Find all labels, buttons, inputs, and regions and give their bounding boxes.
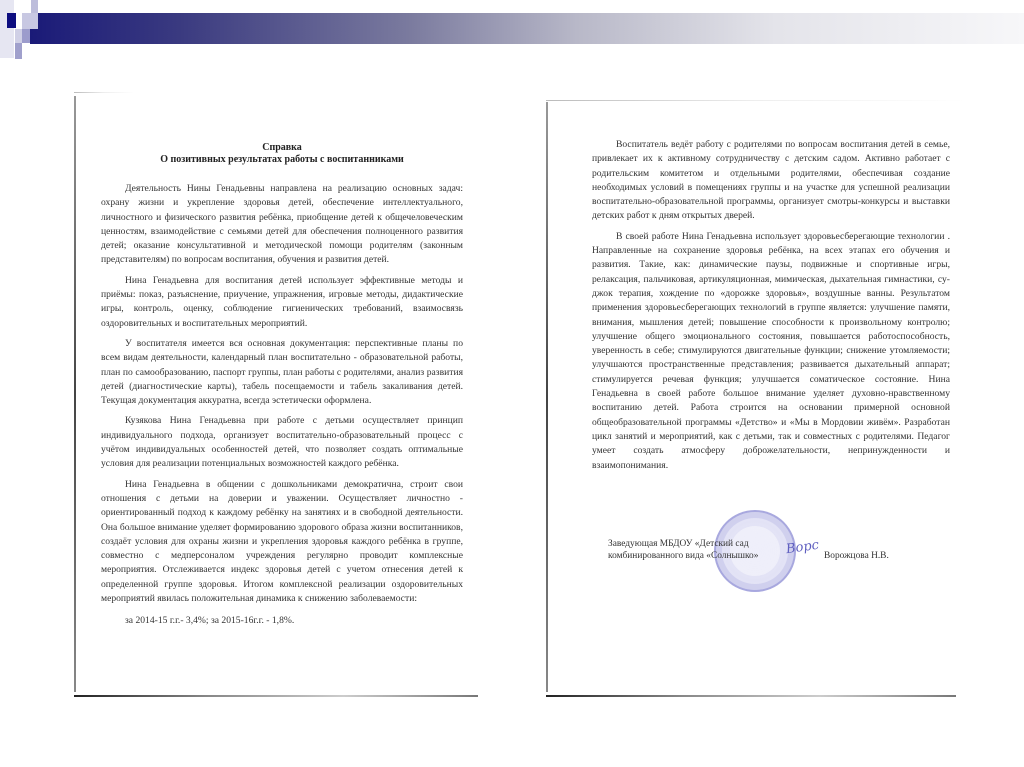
header-gradient-band (30, 13, 1024, 44)
decor-square (0, 0, 14, 58)
morbidity-stats: за 2014-15 г.г.- 3,4%; за 2015-16г.г. - … (101, 614, 463, 628)
paragraph: У воспитателя имеется вся основная докум… (101, 337, 463, 408)
decor-square (15, 43, 22, 59)
decor-square-dark (7, 13, 16, 28)
page-edge (546, 100, 966, 101)
page-content: Воспитатель ведёт работу с родителями по… (592, 138, 950, 479)
paragraph: Кузякова Нина Генадьевна при работе с де… (101, 414, 463, 471)
page-edge (74, 695, 478, 697)
paragraph: Нина Генадьевна в общении с дошкольникам… (101, 478, 463, 607)
paragraph: В своей работе Нина Генадьевна используе… (592, 230, 950, 473)
decor-square (22, 29, 30, 43)
document-title: Справка (101, 142, 463, 154)
position-line-2: комбинированного вида «Солнышко» (608, 550, 948, 562)
position-line-1: Заведующая МБДОУ «Детский сад (608, 538, 948, 550)
page-edge (74, 92, 134, 93)
paragraph: Воспитатель ведёт работу с родителями по… (592, 138, 950, 224)
document-heading: Справка О позитивных результатах работы … (101, 142, 463, 166)
scanned-page-right: Воспитатель ведёт работу с родителями по… (546, 100, 972, 697)
paragraph: Нина Генадьевна для воспитания детей исп… (101, 274, 463, 331)
decor-square (22, 13, 38, 29)
page-edge (546, 102, 548, 692)
page-content: Справка О позитивных результатах работы … (101, 142, 463, 635)
document-subtitle: О позитивных результатах работы с воспит… (101, 154, 463, 166)
signatory-name: Ворожцова Н.В. (824, 550, 889, 562)
paragraph: Деятельность Нины Генадьевны направлена … (101, 182, 463, 268)
page-edge (74, 96, 76, 692)
scanned-page-left: Справка О позитивных результатах работы … (74, 92, 478, 697)
page-edge (546, 695, 956, 697)
signature-block: Заведующая МБДОУ «Детский сад комбиниров… (608, 538, 948, 562)
